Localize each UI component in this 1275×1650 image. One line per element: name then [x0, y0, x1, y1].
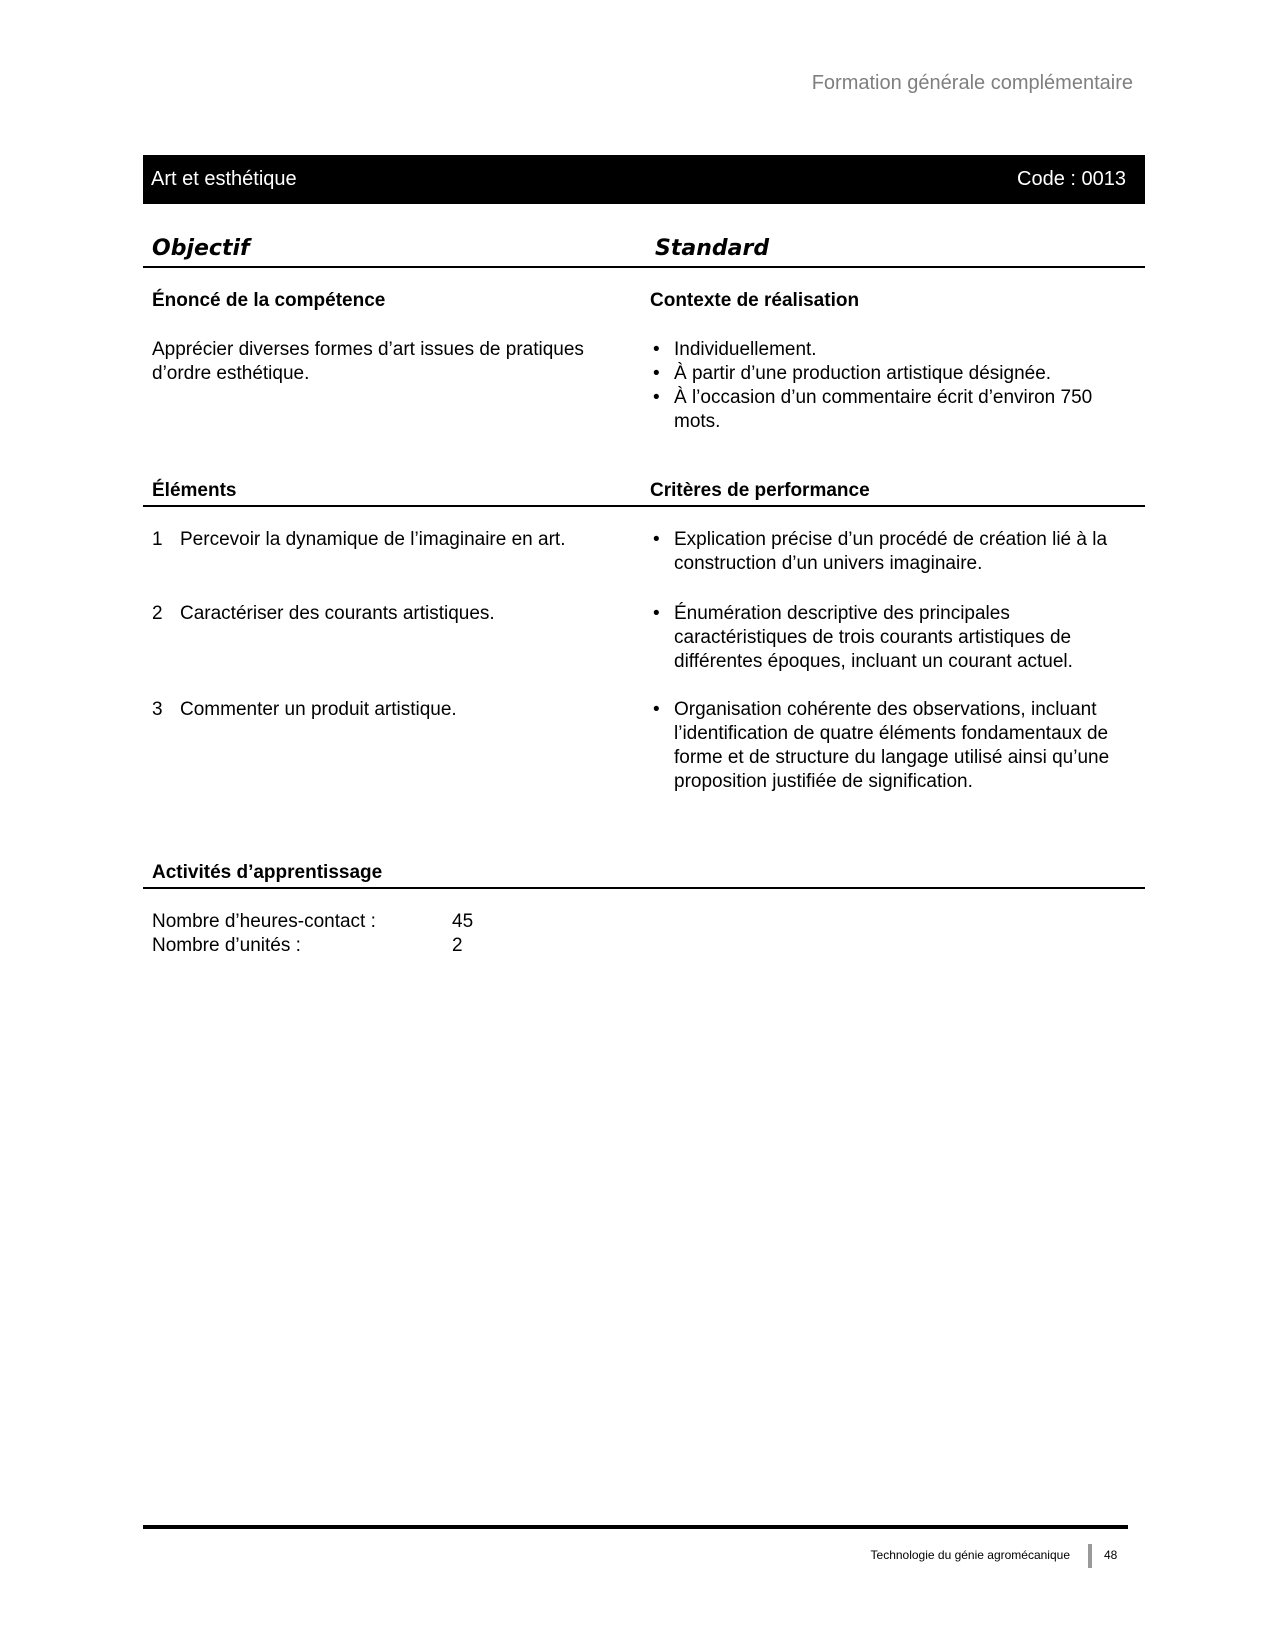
- element-item-3: 3 Commenter un produit artistique.: [152, 698, 632, 722]
- bullet-icon: •: [653, 386, 660, 410]
- footer-program: Technologie du génie agromécanique: [871, 1548, 1070, 1562]
- criteria-list-1: •Explication précise d’un procédé de cré…: [650, 528, 1145, 576]
- footer-rule: [143, 1525, 1128, 1529]
- context-item: •Individuellement.: [650, 338, 1145, 362]
- context-heading: Contexte de réalisation: [650, 290, 1145, 312]
- competence-heading: Énoncé de la compétence: [152, 290, 632, 312]
- activities-row-units: Nombre d’unités : 2: [152, 934, 632, 958]
- context-item: •À partir d’une production artistique dé…: [650, 362, 1145, 386]
- course-title-bar: Art et esthétique Code : 0013: [143, 155, 1145, 204]
- course-title: Art et esthétique: [151, 168, 297, 191]
- competence-statement: Apprécier diverses formes d’art issues d…: [152, 338, 642, 386]
- context-item: •À l’occasion d’un commentaire écrit d’e…: [650, 386, 1114, 434]
- page-number: 48: [1104, 1548, 1117, 1562]
- bullet-icon: •: [653, 698, 660, 722]
- activities-table: Nombre d’heures-contact : 45 Nombre d’un…: [152, 910, 632, 958]
- divider: [143, 505, 1145, 507]
- course-code: Code : 0013: [1017, 168, 1126, 191]
- criteria-item: •Organisation cohérente des observations…: [650, 698, 1110, 794]
- divider: [143, 266, 1145, 268]
- bullet-icon: •: [653, 362, 660, 386]
- element-item-1: 1 Percevoir la dynamique de l’imaginaire…: [152, 528, 632, 552]
- section-header-standard: Standard: [655, 236, 769, 261]
- bullet-icon: •: [653, 528, 660, 552]
- element-item-2: 2 Caractériser des courants artistiques.: [152, 602, 632, 626]
- criteria-list-2: •Énumération descriptive des principales…: [650, 602, 1110, 674]
- footer-separator: [1088, 1544, 1092, 1568]
- criteria-list-3: •Organisation cohérente des observations…: [650, 698, 1110, 794]
- section-header-objectif: Objectif: [152, 236, 250, 261]
- elements-heading: Éléments: [152, 480, 632, 502]
- running-head: Formation générale complémentaire: [812, 72, 1133, 95]
- criteria-item: •Énumération descriptive des principales…: [650, 602, 1110, 674]
- activities-heading: Activités d’apprentissage: [152, 862, 632, 884]
- criteria-item: •Explication précise d’un procédé de cré…: [650, 528, 1145, 576]
- bullet-icon: •: [653, 602, 660, 626]
- divider: [143, 887, 1145, 889]
- activities-row-hours: Nombre d’heures-contact : 45: [152, 910, 632, 934]
- bullet-icon: •: [653, 338, 660, 362]
- criteria-heading: Critères de performance: [650, 480, 1145, 502]
- context-list: •Individuellement. •À partir d’une produ…: [650, 338, 1145, 434]
